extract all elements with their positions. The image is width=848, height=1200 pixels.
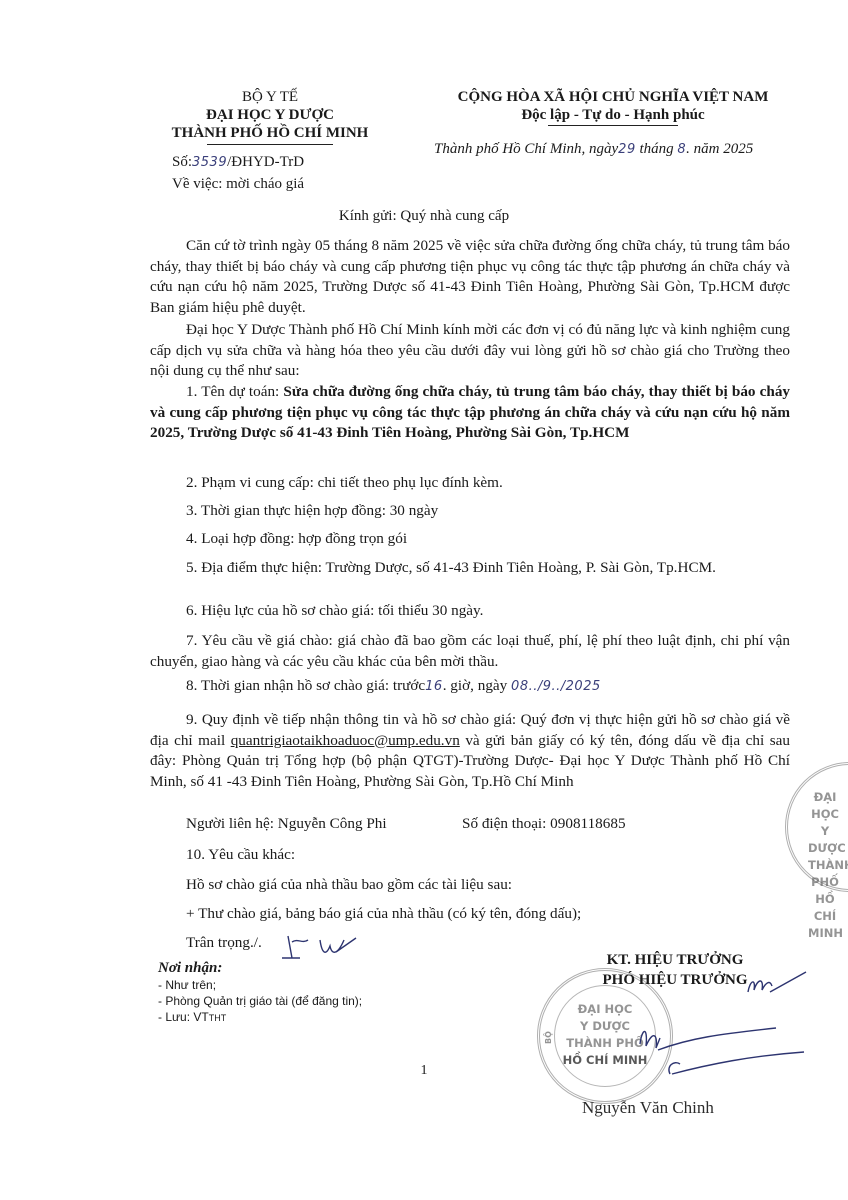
email-link[interactable]: quantrigiaotaikhoaduoc@ump.edu.vn — [231, 732, 460, 749]
university-name-line1: ĐẠI HỌC Y DƯỢC — [150, 106, 390, 124]
place-and-date: Thành phố Hồ Chí Minh, ngày29 tháng 8. n… — [434, 141, 753, 158]
item-9-submission: 9. Quy định về tiếp nhận thông tin và hồ… — [150, 710, 790, 792]
docs-item: + Thư chào giá, bảng báo giá của nhà thầ… — [186, 905, 581, 923]
deadline-hour: 16 — [425, 679, 443, 694]
header-left-underline — [207, 144, 333, 145]
paragraph-invitation: Đại học Y Dược Thành phố Hồ Chí Minh kín… — [150, 320, 790, 382]
signer-title-line1: KT. HIỆU TRƯỞNG — [570, 950, 780, 970]
recipient-archive: - Lưu: VTTHT — [158, 1009, 362, 1026]
doc-number-handwritten: 3539 — [192, 155, 227, 170]
date-day: 29 — [618, 142, 636, 157]
item-1-project-name: 1. Tên dự toán: Sửa chữa đường ống chữa … — [150, 382, 790, 444]
page-number: 1 — [0, 1063, 848, 1079]
university-name-line2: THÀNH PHỐ HỒ CHÍ MINH — [150, 124, 390, 142]
item-3-duration: 3. Thời gian thực hiện hợp đồng: 30 ngày — [186, 502, 438, 520]
item-4-contract-type: 4. Loại hợp đồng: hợp đồng trọn gói — [186, 530, 407, 548]
item-8-label: 8. Thời gian nhận hồ sơ chào giá: trước — [186, 677, 425, 694]
docs-intro: Hồ sơ chào giá của nhà thầu bao gồm các … — [186, 876, 512, 894]
item-1-label: 1. Tên dự toán: — [186, 383, 283, 400]
archive-sub: THT — [209, 1013, 227, 1023]
motto-underline — [548, 125, 678, 126]
edge-seal-line-3: THÀNH PHỐ — [808, 857, 842, 891]
item-5-text: 5. Địa điểm thực hiện: Trường Dược, số 4… — [186, 559, 716, 576]
item-10-other: 10. Yêu cầu khác: — [186, 846, 295, 864]
recipient-item: - Như trên; — [158, 977, 362, 993]
edge-seal-line-2: Y DƯỢC — [808, 823, 842, 857]
month-label: tháng — [639, 141, 673, 157]
item-5-location: 5. Địa điểm thực hiện: Trường Dược, số 4… — [150, 558, 790, 579]
salutation: Kính gửi: Quý nhà cung cấp — [0, 208, 848, 225]
item-7-text: 7. Yêu cầu về giá chào: giá chào đã bao … — [150, 632, 790, 670]
paragraph-basis: Căn cứ tờ trình ngày 05 tháng 8 năm 2025… — [150, 236, 790, 318]
seal-side-text: BỘ — [540, 1031, 557, 1044]
closing-regards: Trân trọng./. — [186, 934, 262, 952]
national-header: CỘNG HÒA XÃ HỘI CHỦ NGHĨA VIỆT NAM Độc l… — [424, 88, 802, 126]
signer-name: Nguyễn Văn Chinh — [582, 1098, 714, 1118]
edge-seal-line-4: HỒ CHÍ MINH — [808, 891, 842, 942]
edge-seal: ĐẠI HỌC Y DƯỢC THÀNH PHỐ HỒ CHÍ MINH — [785, 762, 848, 892]
national-motto: Độc lập - Tự do - Hạnh phúc — [424, 106, 802, 124]
item-6-validity: 6. Hiệu lực của hồ sơ chào giá: tối thiể… — [186, 602, 483, 620]
doc-number-label: Số: — [172, 154, 192, 170]
deadline-date: 08../9../2025 — [511, 679, 601, 694]
archive-label: - Lưu: VT — [158, 1010, 209, 1024]
ministry-name: BỘ Y TẾ — [150, 88, 390, 106]
paragraph-basis-text: Căn cứ tờ trình ngày 05 tháng 8 năm 2025… — [150, 237, 790, 316]
nation-title: CỘNG HÒA XÃ HỘI CHỦ NGHĨA VIỆT NAM — [424, 88, 802, 106]
item-2-scope: 2. Phạm vi cung cấp: chi tiết theo phụ l… — [186, 474, 503, 492]
edge-seal-line-1: ĐẠI HỌC — [808, 789, 842, 823]
contact-phone: Số điện thoại: 0908118685 — [462, 815, 626, 833]
recipient-item: - Phòng Quản trị giáo tài (để đăng tin); — [158, 993, 362, 1009]
recipients-title: Nơi nhận: — [158, 960, 362, 976]
issuing-authority: BỘ Y TẾ ĐẠI HỌC Y DƯỢC THÀNH PHỐ HỒ CHÍ … — [150, 88, 390, 145]
item-7-price-requirements: 7. Yêu cầu về giá chào: giá chào đã bao … — [150, 631, 790, 672]
date-year: . năm 2025 — [686, 141, 753, 157]
doc-number-suffix: /ĐHYD-TrD — [227, 154, 304, 170]
item-8-deadline: 8. Thời gian nhận hồ sơ chào giá: trước1… — [186, 677, 601, 695]
subject-line: Về việc: mời cháo giá — [172, 176, 304, 193]
item-8-mid: . giờ, ngày — [443, 677, 511, 694]
contact-info: Người liên hệ: Nguyễn Công Phi Số điện t… — [186, 815, 387, 833]
place-date-prefix: Thành phố Hồ Chí Minh, ngày — [434, 141, 618, 157]
document-number: Số:3539/ĐHYD-TrD — [172, 154, 304, 171]
paragraph-invitation-text: Đại học Y Dược Thành phố Hồ Chí Minh kín… — [150, 321, 790, 379]
recipients-block: Nơi nhận: - Như trên; - Phòng Quản trị g… — [158, 960, 362, 1026]
date-month: 8 — [677, 142, 686, 157]
contact-person: Người liên hệ: Nguyễn Công Phi — [186, 815, 387, 832]
